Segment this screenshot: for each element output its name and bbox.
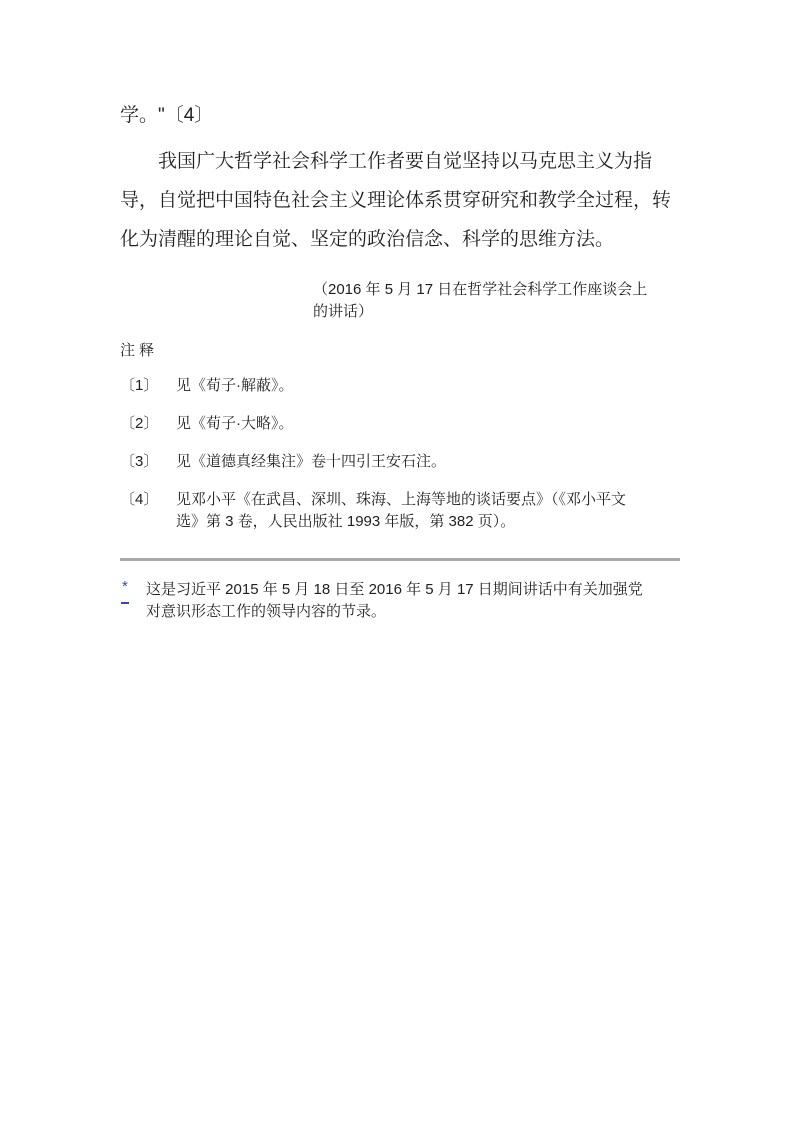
- paragraph-line: 化为清醒的理论自觉、坚定的政治信念、科学的思维方法。: [120, 220, 695, 259]
- attribution-line: （2016 年 5 月 17 日在哲学社会科学工作座谈会上: [313, 279, 683, 301]
- speech-attribution: （2016 年 5 月 17 日在哲学社会科学工作座谈会上 的讲话）: [313, 279, 683, 323]
- attribution-line: 的讲话）: [313, 301, 683, 323]
- note-text: 见《荀子·解蔽》。: [176, 375, 682, 397]
- body-continuation-line: 学。"〔4〕: [120, 101, 213, 131]
- document-page: 学。"〔4〕 我国广大哲学社会科学工作者要自觉坚持以马克思主义为指 导，自觉把中…: [0, 0, 800, 1130]
- note-text: 见《荀子·大略》。: [176, 413, 682, 435]
- footnote-marker-link[interactable]: *: [121, 580, 129, 604]
- note-item: 〔3〕 见《道德真经集注》卷十四引王安石注。: [120, 451, 682, 473]
- footnote-line: 对意识形态工作的领导内容的节录。: [146, 601, 686, 623]
- note-item: 〔1〕 见《荀子·解蔽》。: [120, 375, 682, 397]
- note-item: 〔4〕 见邓小平《在武昌、深圳、珠海、上海等地的谈话要点》（《邓小平文 选》第 …: [120, 489, 682, 533]
- paragraph-line: 我国广大哲学社会科学工作者要自觉坚持以马克思主义为指: [120, 142, 695, 181]
- note-text: 见《道德真经集注》卷十四引王安石注。: [176, 451, 682, 473]
- note-label: 〔2〕: [120, 413, 176, 435]
- note-text: 见邓小平《在武昌、深圳、珠海、上海等地的谈话要点》（《邓小平文 选》第 3 卷，…: [176, 489, 682, 533]
- footnote-divider-rule: [120, 558, 680, 561]
- body-paragraph: 我国广大哲学社会科学工作者要自觉坚持以马克思主义为指 导，自觉把中国特色社会主义…: [120, 142, 695, 259]
- paragraph-line: 导，自觉把中国特色社会主义理论体系贯穿研究和教学全过程，转: [120, 181, 695, 220]
- note-label: 〔3〕: [120, 451, 176, 473]
- note-item: 〔2〕 见《荀子·大略》。: [120, 413, 682, 435]
- footnote-line: 这是习近平 2015 年 5 月 18 日至 2016 年 5 月 17 日期间…: [146, 579, 686, 601]
- note-label: 〔1〕: [120, 375, 176, 397]
- note-label: 〔4〕: [120, 489, 176, 533]
- footnote-text: 这是习近平 2015 年 5 月 18 日至 2016 年 5 月 17 日期间…: [146, 579, 686, 623]
- notes-heading: 注 释: [120, 340, 154, 362]
